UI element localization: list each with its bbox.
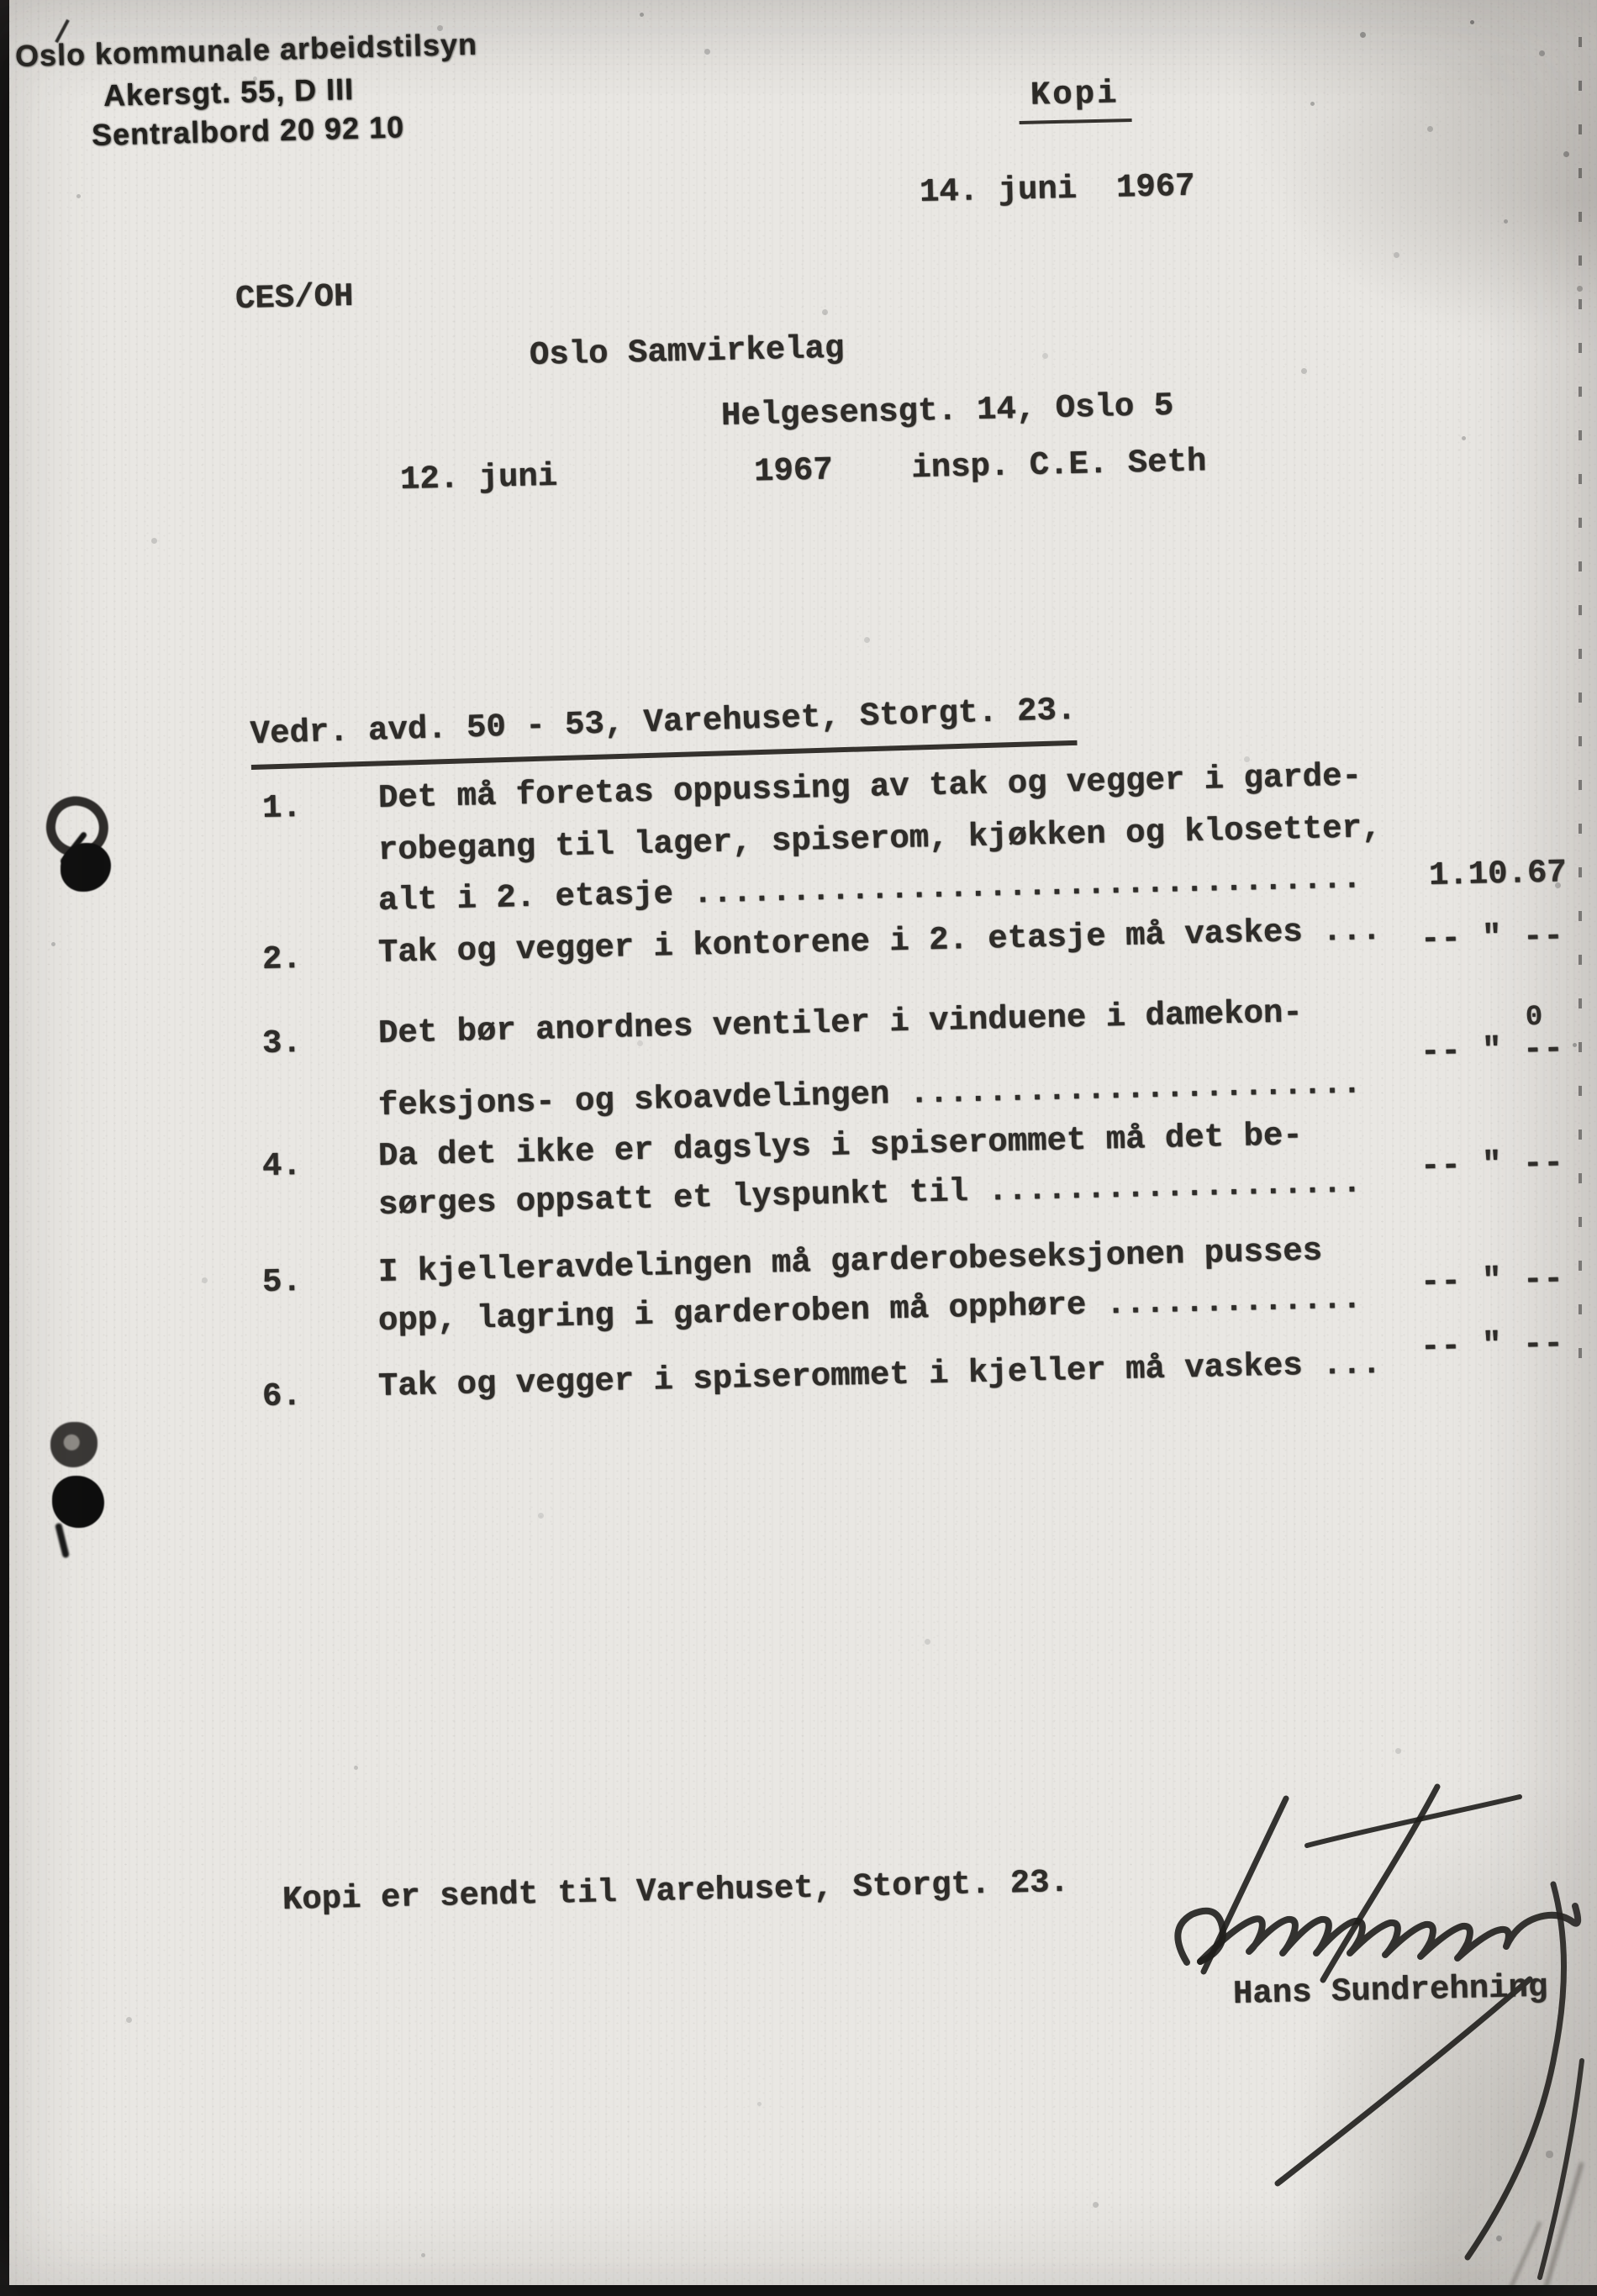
signature-scribble: [1160, 1782, 1597, 2296]
margin-dashed-line: [1579, 37, 1582, 1382]
punch-hole-bottom-blob: [52, 1476, 104, 1528]
item-deadline-ditto: -- " --: [1420, 1322, 1564, 1369]
item-deadline: 1.10.67: [1428, 850, 1567, 898]
copy-note: Kopi er sendt til Varehuset, Storgt. 23.: [282, 1861, 1069, 1922]
copy-stamp: Kopi: [1018, 71, 1131, 124]
item-deadline-ditto: -- " --: [1420, 1141, 1564, 1188]
item-deadline-ditto: -- " --: [1420, 1027, 1564, 1074]
subject-line: Vedr. avd. 50 - 53, Varehuset, Storgt. 2…: [250, 688, 1078, 770]
scan-edge-bottom: [0, 2285, 1597, 2296]
letterhead-org-name: Oslo kommunale arbeidstilsyn: [14, 25, 477, 76]
letterhead-address: Akersgt. 55, D III: [103, 70, 354, 115]
signature-name: Hans Sundrehning: [1232, 1966, 1548, 2016]
punch-hole-bottom-ring: [50, 1422, 98, 1467]
item-number: 6.: [261, 1374, 302, 1419]
subject-text: Vedr. avd. 50 - 53, Varehuset, Storgt. 2…: [250, 688, 1078, 770]
scan-edge-left: [0, 0, 9, 2296]
scanned-letter-page: Oslo kommunale arbeidstilsyn Akersgt. 55…: [0, 0, 1597, 2296]
item-number: 5.: [261, 1260, 302, 1304]
item-text-line: Tak og vegger i spiserommet i kjeller må…: [377, 1342, 1381, 1409]
item-number: 4.: [261, 1144, 302, 1188]
item-deadline-ditto: -- " --: [1420, 914, 1564, 961]
punch-hole-bottom-tail: [55, 1523, 70, 1559]
copy-stamp-label: Kopi: [1018, 71, 1131, 124]
case-ref: CES/OH: [235, 275, 354, 321]
recipient-address: Helgesensgt. 14, Oslo 5: [720, 384, 1173, 438]
document-date: 14. juni 1967: [919, 165, 1195, 214]
top-right-smudge: [1194, 0, 1597, 361]
stray-zero-mark: 0: [1525, 1002, 1543, 1035]
item-deadline-ditto: -- " --: [1420, 1257, 1564, 1304]
item-number: 2.: [261, 937, 302, 982]
letterhead-phone: Sentralbord 20 92 10: [91, 108, 404, 155]
punch-hole-top-blob: [61, 843, 111, 892]
inspection-date-line: 12. juni 1967 insp. C.E. Seth: [399, 440, 1206, 502]
recipient-name: Oslo Samvirkelag: [529, 327, 845, 377]
item-number: 3.: [261, 1021, 302, 1066]
item-text-line: Det bør anordnes ventiler i vinduene i d…: [377, 991, 1303, 1056]
item-number: 1.: [261, 786, 302, 830]
